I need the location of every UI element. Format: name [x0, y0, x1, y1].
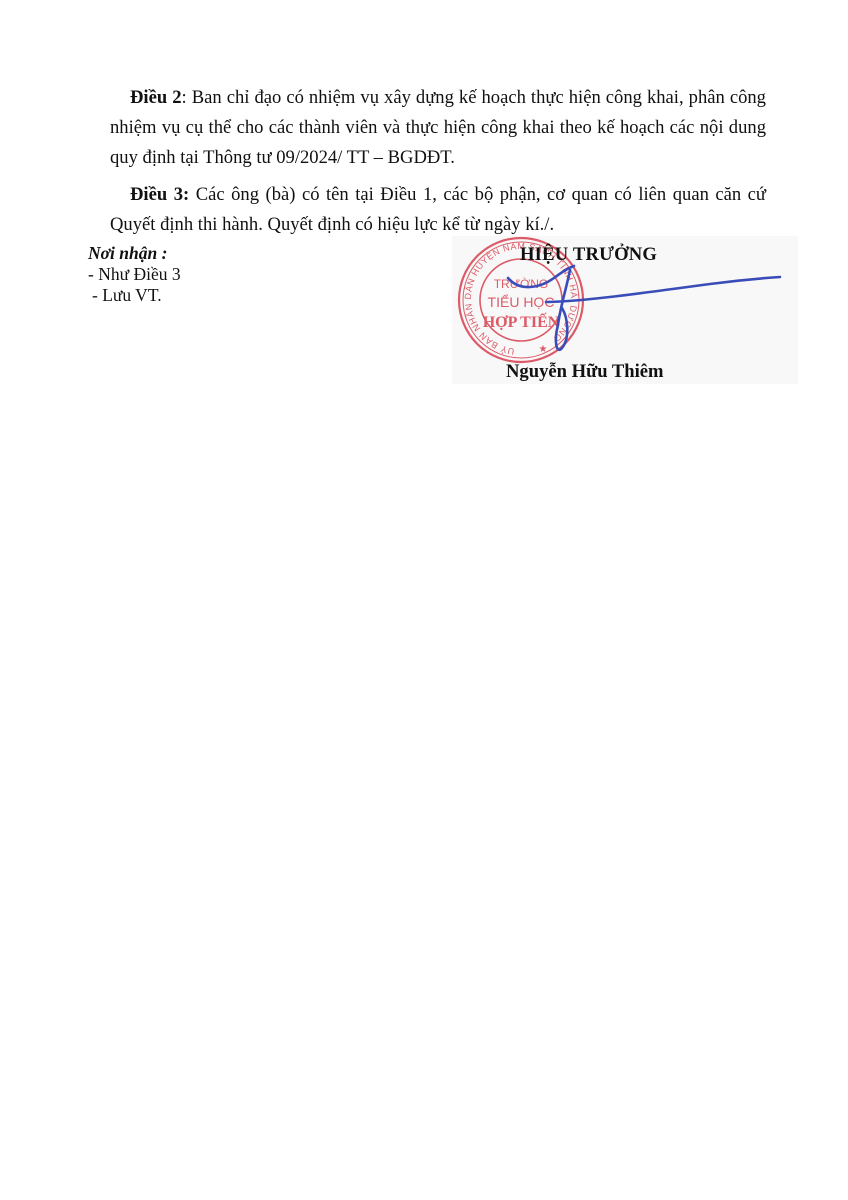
- article-2: Điều 2: Ban chỉ đạo có nhiệm vụ xây dựng…: [110, 83, 766, 173]
- recipients-block: Nơi nhận : - Như Điều 3 - Lưu VT.: [88, 243, 181, 306]
- recipients-title: Nơi nhận :: [88, 243, 181, 264]
- recipient-item: - Như Điều 3: [88, 264, 181, 285]
- signer-name: Nguyễn Hữu Thiêm: [506, 361, 664, 383]
- article-2-separator: :: [182, 87, 192, 108]
- article-3-label: Điều 3:: [130, 184, 189, 205]
- article-2-text: Ban chỉ đạo có nhiệm vụ xây dựng kế hoạc…: [110, 87, 766, 168]
- recipient-item: - Lưu VT.: [88, 285, 181, 306]
- document-page: Điều 2: Ban chỉ đạo có nhiệm vụ xây dựng…: [0, 0, 848, 1200]
- handwritten-signature-icon: [450, 230, 790, 370]
- article-2-label: Điều 2: [130, 87, 182, 108]
- article-3-text: Các ông (bà) có tên tại Điều 1, các bộ p…: [110, 184, 766, 235]
